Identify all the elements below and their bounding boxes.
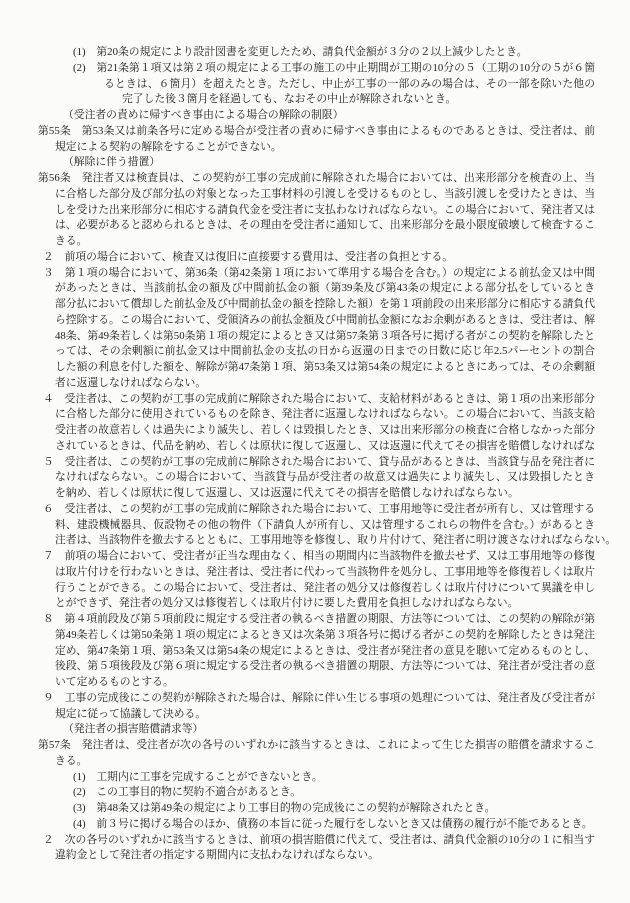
document-line: があったときは、当該前払金の額及び中間前払金の額（第39条及び第43条の規定によ… [38, 281, 595, 297]
document-line: っては、その余剰額に前払金又は中間前払金の支払の日から返還の日までの日数に応じ年… [38, 344, 595, 360]
document-line: ら控除する。この場合において、受領済みの前払金額及び中間前払金額になお余剰がある… [38, 313, 595, 329]
section-caption: （解除に伴う措置） [38, 155, 595, 171]
document-line: 第49条若しくは第50条第１項の規定によるとき又は次条第３項各号に掲げる者がこの… [38, 628, 595, 644]
document-line: 部分払において償却した前払金及び中間前払金の額を控除した額）を第１項前段の出来形… [38, 297, 595, 313]
document-line: した額の利息を付した額を、解除が第47条第１項、第53条又は第54条の規定による… [38, 360, 595, 376]
document-line: 規定に従って協議して決める。 [38, 707, 595, 723]
document-line: ２ 前項の場合において、検査又は復旧に直接要する費用は、受注者の負担とする。 [38, 250, 595, 266]
document-line: 後段、第５項後段及び第６項に規定する受注者の執るべき措置の期限、方法等については… [38, 659, 595, 675]
document-line: ４ 受注者は、この契約が工事の完成前に解除された場合において、支給材料があるとき… [38, 392, 595, 408]
list-item-line: (2) この工事目的物に契約不適合があるとき。 [38, 785, 595, 801]
document-line: なければならない。この場合において、当該貸与品が受注者の故意又は過失により滅失し… [38, 470, 595, 486]
document-line: されているときは、代品を納め、若しくは原状に復して返還し、又は返還に代えてその損… [38, 439, 595, 455]
document-line: ３ 第１項の場合において、第36条（第42条第１項において準用する場合を含む。）… [38, 266, 595, 282]
article-heading-line: 第56条 発注者又は検査員は、この契約が工事の完成前に解除された場合においては、… [38, 171, 595, 187]
document-line: 者に返還しなければならない。 [38, 376, 595, 392]
document-line: は取片付けを行わないときは、発注者は、受注者に代わって当該物件を処分し、工事用地… [38, 565, 595, 581]
document-line: 48条、第49条若しくは第50条第１項の規定によるとき又は第57条第３項各号に掲… [38, 329, 595, 345]
document-line: に合格した部分及び部分払の対象となった工事材料の引渡しを受けるものとし、当該引渡… [38, 187, 595, 203]
document-line: ５ 受注者は、この契約が工事の完成前に解除された場合において、貸与品があるときは… [38, 455, 595, 471]
list-item-line: (4) 前３号に掲げる場合のほか、債務の本旨に従った履行をしないとき又は債務の履… [38, 817, 595, 833]
document-line: 料、建設機械器具、仮設物その他の物件（下請負人が所有し、又は管理するこれらの物件… [38, 518, 595, 534]
document-line: 完了した後３箇月を経過しても、なおその中止が解除されないとき。 [38, 92, 595, 108]
document-line: きる。 [38, 234, 595, 250]
document-line: 規定による契約の解除をすることができない。 [38, 140, 595, 156]
document-line: きる。 [38, 754, 595, 770]
list-item-line: (1) 工期内に工事を完成することができないとき。 [38, 770, 595, 786]
document-line: ２ 次の各号のいずれかに該当するときは、前項の損害賠償に代えて、受注者は、請負代… [38, 833, 595, 849]
document-line: とができず、発注者の処分又は修復若しくは取片付けに要した費用を負担しなければなら… [38, 596, 595, 612]
document-line: ８ 第４項前段及び第５項前段に規定する受注者の執るべき措置の期限、方法等について… [38, 612, 595, 628]
document-line: 受注者の故意若しくは過失により滅失し、若しくは毀損したとき、又は出来形部分の検査… [38, 423, 595, 439]
document-line: 行うことができる。この場合において、受注者は、発注者の処分又は修復若しくは取片付… [38, 581, 595, 597]
document-line: に合格した部分に使用されているものを除き、発注者に返還しなければならない。この場… [38, 407, 595, 423]
document-line: を納め、若しくは原状に復して返還し、又は返還に代えてその損害を賠償しなければなら… [38, 486, 595, 502]
document-line: ９ 工事の完成後にこの契約が解除された場合は、解除に伴い生じる事項の処理について… [38, 691, 595, 707]
section-caption: （発注者の損害賠償請求等） [38, 722, 595, 738]
document-line: 定め、第47条第１項、第53条又は第54条の規定によるときは、受注者が発注者の意… [38, 644, 595, 660]
document-line: 注者は、当該物件を撤去するとともに、工事用地等を修復し、取り片付けて、発注者に明… [38, 533, 595, 549]
document-line: るときは、６箇月）を超えたとき。ただし、中止が工事の一部のみの場合は、その一部を… [38, 77, 595, 93]
list-item-line: (1) 第20条の規定により設計図書を変更したため、請負代金額が３分の２以上減少… [38, 45, 595, 61]
document-line: しを受けた出来形部分に相応する請負代金を受注者に支払わなければならない。この場合… [38, 203, 595, 219]
section-caption: （受注者の責めに帰すべき事由による場合の解除の制限） [38, 108, 595, 124]
document-page: (1) 第20条の規定により設計図書を変更したため、請負代金額が３分の２以上減少… [38, 45, 595, 864]
document-line: いて定めるものとする。 [38, 675, 595, 691]
list-item-line: (3) 第48条又は第49条の規定により工事目的物の完成後にこの契約が解除された… [38, 801, 595, 817]
article-heading-line: 第55条 第53条又は前条各号に定める場合が受注者の責めに帰すべき事由によるもの… [38, 124, 595, 140]
article-heading-line: 第57条 発注者は、受注者が次の各号のいずれかに該当するときは、これによって生じ… [38, 738, 595, 754]
document-line: ７ 前項の場合において、受注者が正当な理由なく、相当の期間内に当該物件を撤去せず… [38, 549, 595, 565]
document-line: 違約金として発注者の指定する期間内に支払わなければならない。 [38, 848, 595, 864]
document-line: ６ 受注者は、この契約が工事の完成前に解除された場合において、工事用地等に受注者… [38, 502, 595, 518]
list-item-line: (2) 第21条第１項又は第２項の規定による工事の施工の中止期間が工期の10分の… [38, 61, 595, 77]
document-line: は、必要があると認められるときは、その理由を受注者に通知して、出来形部分を最小限… [38, 218, 595, 234]
